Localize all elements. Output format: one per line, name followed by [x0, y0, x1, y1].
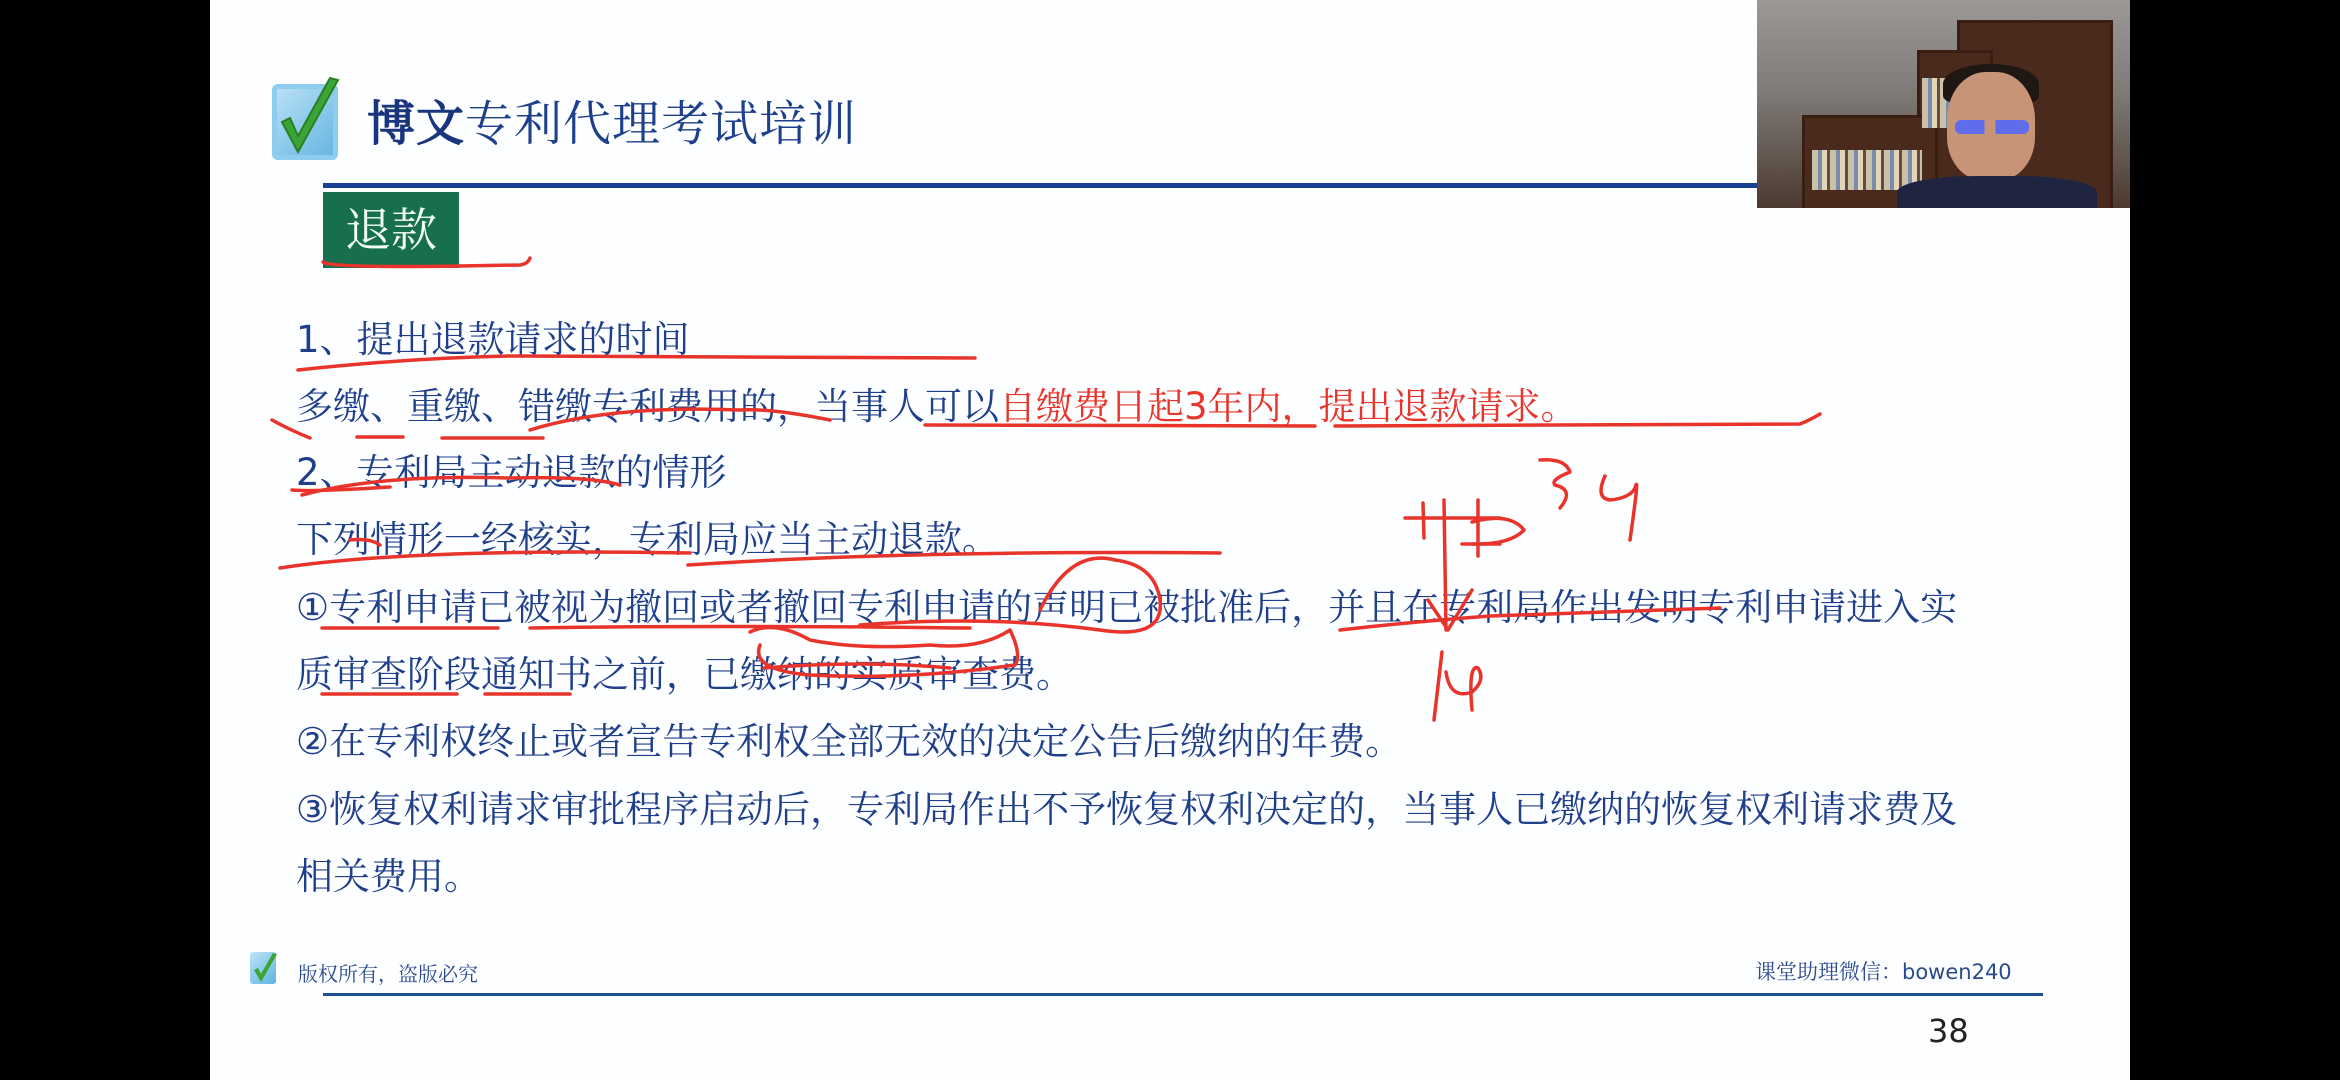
- highlight-segment: 自缴费日起3年内，提出退款请求。: [999, 385, 1578, 428]
- presenter-webcam: [1757, 0, 2130, 208]
- text-segment: 下列情形一经核实，专利局应当主动退款。: [296, 518, 999, 561]
- footer-check-icon: [250, 952, 276, 984]
- body-line-1: 1、提出退款请求的时间: [296, 318, 690, 362]
- copyright-notice: 版权所有，盗版必究: [298, 958, 478, 987]
- brand-bold: 博文: [367, 96, 465, 152]
- brand-rest: 专利代理考试培训: [465, 96, 857, 152]
- body-line-2: 多缴、重缴、错缴专利费用的，当事人可以自缴费日起3年内，提出退款请求。: [296, 385, 1578, 429]
- item-1-text: ①专利申请已被视为撤回或者撤回专利申请的声明已被批准后，并且在专利局作出发明专利…: [296, 586, 1957, 629]
- item-3-continued: 相关费用。: [296, 855, 481, 898]
- footer-divider: [323, 993, 2043, 996]
- text-segment: 多缴、重缴、错缴专利费用的，当事人可以: [296, 385, 999, 428]
- page-number: 38: [1928, 1012, 1969, 1050]
- body-line-3: 2、专利局主动退款的情形: [296, 451, 727, 495]
- heading-refund-time: 1、提出退款请求的时间: [296, 318, 690, 361]
- body-line-6: 质审查阶段通知书之前，已缴纳的实质审查费。: [296, 653, 1073, 697]
- slide-title: 退款: [323, 192, 459, 268]
- heading-active-refund: 2、专利局主动退款的情形: [296, 451, 727, 494]
- checkbox-logo-icon: [272, 84, 338, 160]
- item-2-text: ②在专利权终止或者宣告专利权全部无效的决定公告后缴纳的年费。: [296, 720, 1402, 763]
- item-1-continued: 质审查阶段通知书之前，已缴纳的实质审查费。: [296, 653, 1073, 696]
- presentation-slide: 博文专利代理考试培训 退款 1、提出退款请求的时间 多缴、重缴、错缴专利费用的，…: [210, 0, 2130, 1080]
- item-3-text: ③恢复权利请求审批程序启动后，专利局作出不予恢复权利决定的，当事人已缴纳的恢复权…: [296, 788, 1957, 831]
- body-line-8: ③恢复权利请求审批程序启动后，专利局作出不予恢复权利决定的，当事人已缴纳的恢复权…: [296, 788, 1957, 832]
- body-line-9: 相关费用。: [296, 855, 481, 899]
- body-line-7: ②在专利权终止或者宣告专利权全部无效的决定公告后缴纳的年费。: [296, 720, 1402, 764]
- wechat-contact: 课堂助理微信：bowen240: [1755, 956, 2012, 986]
- body-line-5: ①专利申请已被视为撤回或者撤回专利申请的声明已被批准后，并且在专利局作出发明专利…: [296, 586, 1957, 630]
- header-divider: [323, 183, 1973, 188]
- body-line-4: 下列情形一经核实，专利局应当主动退款。: [296, 518, 999, 562]
- brand-title: 博文专利代理考试培训: [367, 94, 857, 154]
